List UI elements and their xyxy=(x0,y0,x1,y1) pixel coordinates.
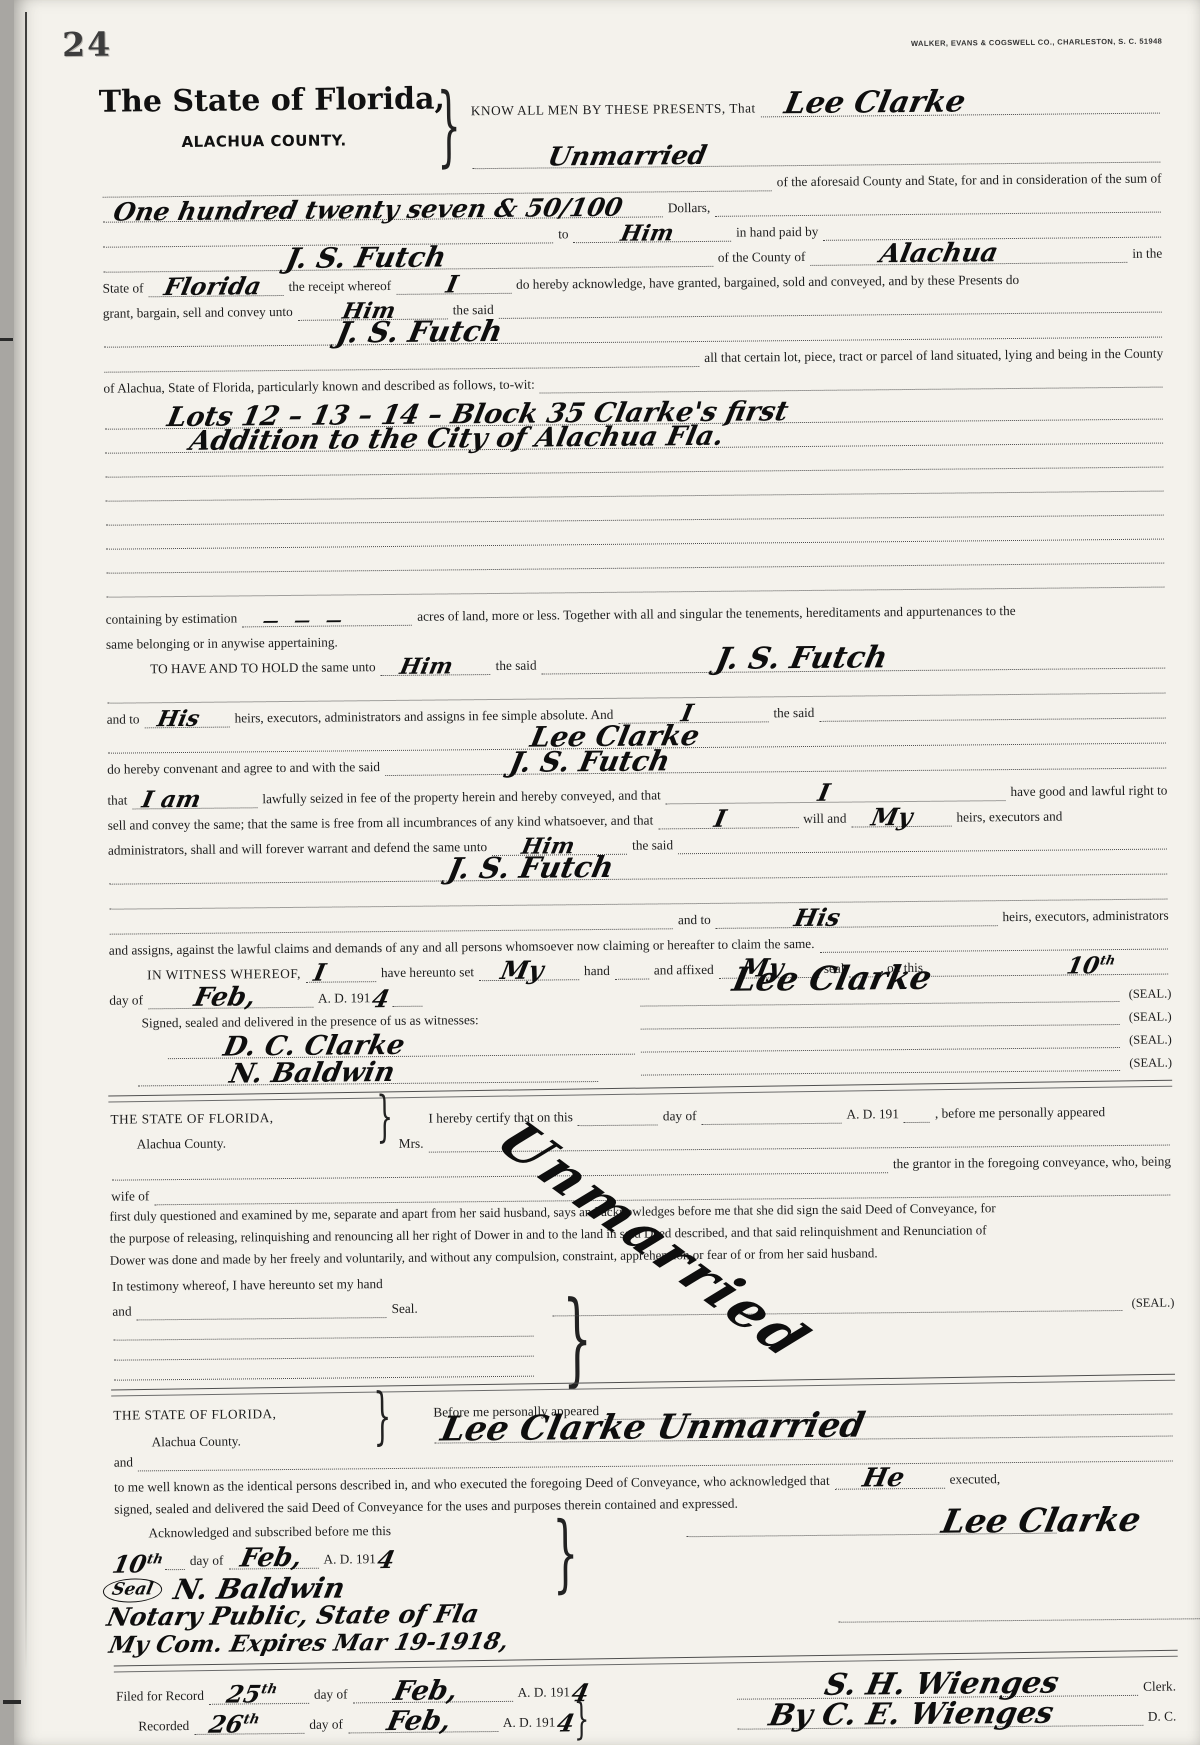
document-header: The State of Florida, ALACHUA COUNTY. } … xyxy=(99,75,1164,173)
know-all-label: KNOW ALL MEN BY THESE PRESENTS, That xyxy=(469,101,758,120)
handwritten-day-10th: 10th xyxy=(1065,954,1117,977)
filed-label: Filed for Record xyxy=(114,1688,206,1705)
handwritten-month: Feb, xyxy=(384,1707,453,1735)
county-title: ALACHUA COUNTY. xyxy=(99,131,429,152)
the-said-label: the said xyxy=(630,838,675,855)
handwritten-i: I xyxy=(816,781,832,805)
handwritten-i: I xyxy=(444,272,460,296)
handwritten-notary-name: N. Baldwin xyxy=(171,1574,347,1604)
handwritten-grantee: J. S. Futch xyxy=(445,853,616,884)
set-label: have hereunto set xyxy=(379,965,476,983)
page-number: 24 xyxy=(62,25,112,64)
and-to-label: and to xyxy=(105,712,142,729)
handwritten-month: Feb, xyxy=(238,1545,304,1572)
handwritten-recorded-day: 26th xyxy=(207,1712,261,1737)
containing-label: containing by estimation xyxy=(104,611,240,629)
wife-of-label: wife of xyxy=(109,1189,151,1206)
handwritten-county: Alachua xyxy=(877,240,1000,267)
day-of-label: day of xyxy=(307,1717,345,1734)
and-to-label-2: and to xyxy=(676,912,713,929)
to-label: to xyxy=(556,227,571,244)
day-of-label: day of xyxy=(107,993,145,1010)
to-wit-label: of Alachua, State of Florida, particular… xyxy=(101,377,536,398)
handwritten-commission: My Com. Expires Mar 19-1918, xyxy=(107,1630,510,1657)
ad-label: A. D. 191 xyxy=(844,1107,901,1124)
handwritten-notary-title: Notary Public, State of Fla xyxy=(105,1601,481,1630)
day-of-label: day of xyxy=(188,1553,226,1570)
grantor-name-line: Lee Clarke xyxy=(761,108,1160,118)
handwritten-my: My xyxy=(869,805,914,829)
blank-line xyxy=(114,1371,534,1381)
binding-crease-line xyxy=(25,12,27,1672)
handwritten-month: Feb, xyxy=(192,984,258,1011)
recorded-month-line: Feb, xyxy=(348,1726,498,1733)
blank-line xyxy=(540,382,1163,394)
handwritten-grantor-name: Lee Clarke xyxy=(782,87,968,119)
seal-label-4: (SEAL.) xyxy=(1123,1056,1172,1071)
dower-seal-label: (SEAL.) xyxy=(1126,1295,1175,1310)
record-brace: } xyxy=(574,1698,590,1741)
dower-brace: } xyxy=(376,1091,393,1146)
handwritten-grantee: J. S. Futch xyxy=(507,747,672,777)
executed-label: executed, xyxy=(948,1472,1003,1489)
seal-signature-line-4 xyxy=(641,1065,1120,1076)
in-the-label: in the xyxy=(1130,246,1164,263)
paper-sheet: 24 WALKER, EVANS & COGSWELL CO., CHARLES… xyxy=(14,0,1200,1745)
binding-mark xyxy=(0,338,13,341)
in-hand-label: in hand paid by xyxy=(734,224,821,241)
handwritten-my: My xyxy=(498,958,545,983)
the-said-label: the said xyxy=(494,658,539,675)
affixed-label: and affixed xyxy=(652,962,716,979)
ad-label: A. D. 191 xyxy=(515,1685,572,1702)
grant-unto-label: grant, bargain, sell and convey unto xyxy=(101,304,295,322)
state-title: The State of Florida, xyxy=(99,82,429,120)
acknowledgment-section: THE STATE OF FLORIDA, Alachua County. } … xyxy=(111,1389,1177,1656)
header-brace: } xyxy=(436,82,461,170)
deputy-clerk-label: D. C. xyxy=(1146,1709,1179,1726)
clerk-label: Clerk. xyxy=(1141,1679,1178,1696)
ack-brace: } xyxy=(373,1386,391,1448)
receipt-label: the receipt whereof xyxy=(286,278,393,296)
state-of-label: State of xyxy=(100,281,145,298)
covenant-label: do hereby convenant and agree to and wit… xyxy=(105,759,382,778)
seal-label-3: (SEAL.) xyxy=(1123,1033,1172,1048)
printer-mark: WALKER, EVANS & COGSWELL CO., CHARLESTON… xyxy=(911,37,1162,48)
heirs-exec-label: heirs, executors and xyxy=(954,809,1064,827)
recorded-label: Recorded xyxy=(114,1718,191,1735)
deputy-signature-line: By C. E. Wienges xyxy=(737,1720,1143,1730)
and-label: and xyxy=(110,1304,133,1321)
of-county-label: of the County of xyxy=(716,249,808,266)
seal-dot-label: Seal. xyxy=(389,1301,419,1318)
recorded-day-line: 26th xyxy=(194,1728,304,1735)
handwritten-he: He xyxy=(861,1465,907,1491)
handwritten-filed-day: 25th xyxy=(224,1682,278,1707)
handwritten-grantee: J. S. Futch xyxy=(713,643,890,675)
and-label-2: and xyxy=(112,1455,135,1472)
handwritten-i: I xyxy=(312,961,328,985)
day-of-label: day of xyxy=(661,1108,699,1125)
scanned-deed-page: 24 WALKER, EVANS & COGSWELL CO., CHARLES… xyxy=(0,0,1200,1745)
dollars-label: Dollars, xyxy=(666,200,713,217)
handwritten-his: His xyxy=(792,906,842,930)
handwritten-i-am: I am xyxy=(140,788,203,812)
handwritten-appearer-name: Lee Clarke Unmarried xyxy=(438,1408,867,1446)
will-and-label: will and xyxy=(801,811,848,828)
handwritten-grantee: J. S. Futch xyxy=(334,317,505,348)
handwritten-grantee: J. S. Futch xyxy=(283,243,448,273)
ad-label: A. D. 191 xyxy=(316,991,373,1008)
that-label: that xyxy=(105,793,129,810)
the-said-label: the said xyxy=(771,705,816,722)
day-of-label: day of xyxy=(312,1687,350,1704)
witness-signature-line-2: N. Baldwin xyxy=(138,1076,598,1086)
handwritten-witness-2: N. Baldwin xyxy=(227,1059,397,1088)
mrs-label: Mrs. xyxy=(397,1136,426,1153)
handwritten-month: Feb, xyxy=(391,1677,460,1705)
heirs2-label: heirs, executors, administrators xyxy=(1000,908,1170,926)
handwritten-seal-circled: Seal xyxy=(101,1578,164,1603)
ad-label: A. D. 191 xyxy=(501,1715,558,1732)
right-label: have good and lawful right to xyxy=(1008,783,1169,801)
binding-mark xyxy=(3,1700,21,1704)
ack-state-label: THE STATE OF FLORIDA, xyxy=(111,1405,411,1424)
hand-label: hand xyxy=(582,963,612,980)
appeared-label: , before me personally appeared xyxy=(933,1105,1107,1123)
record-section: Filed for Record 25th day of Feb, A. D. … xyxy=(114,1665,1179,1735)
handwritten-deputy-signature: By C. E. Wienges xyxy=(767,1699,1057,1732)
seal-label-1: (SEAL.) xyxy=(1123,987,1172,1002)
dower-section: Unmarried THE STATE OF FLORIDA, Alachua … xyxy=(108,1096,1175,1381)
covenant-grantee-line: J. S. Futch xyxy=(385,763,1166,776)
handwritten-i: I xyxy=(712,807,728,831)
ad-label: A. D. 191 xyxy=(321,1552,378,1569)
seal-label-2: (SEAL.) xyxy=(1123,1010,1172,1025)
